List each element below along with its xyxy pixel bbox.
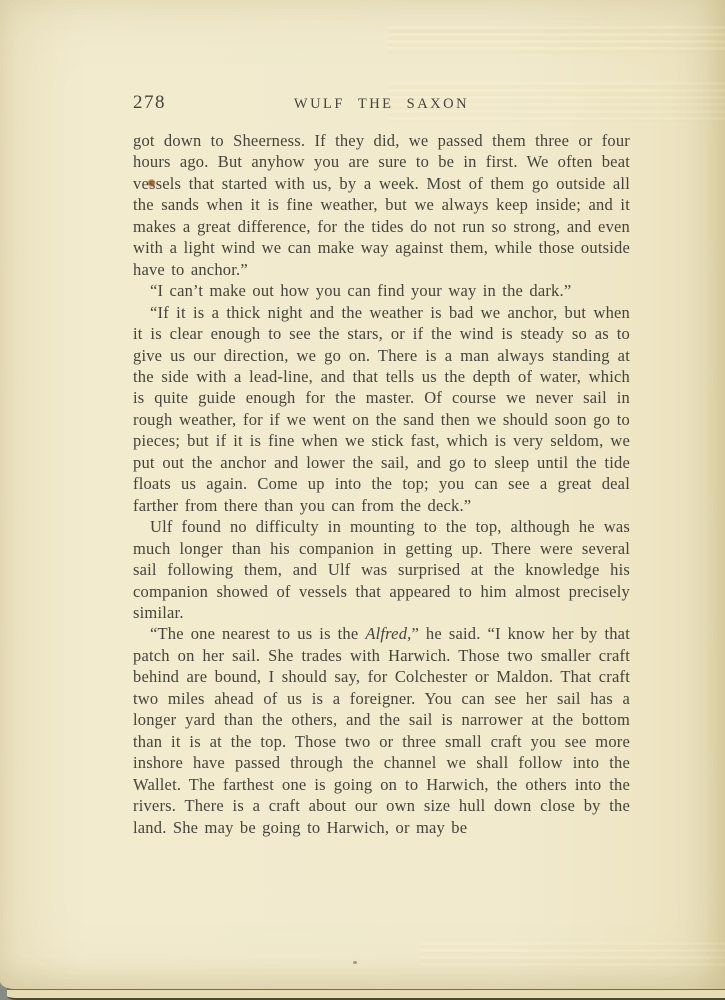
paragraph: got down to Sheerness. If they did, we p…: [133, 130, 630, 280]
text-segment: ” he said. “I know her by that patch on …: [133, 624, 630, 836]
ship-name-italic: Alfred,: [365, 624, 411, 643]
paragraph: Ulf found no difficulty in mounting to t…: [133, 516, 630, 623]
text-segment: Ulf found no difficulty in mounting to t…: [133, 517, 630, 622]
running-header: WULF THE SAXON: [133, 96, 630, 113]
text-segment: “I can’t make out how you can find your …: [150, 281, 571, 300]
page-header: 278 WULF THE SAXON: [133, 92, 630, 116]
scan-background: 278 WULF THE SAXON got down to Sheerness…: [0, 0, 725, 1000]
scan-streak: [388, 26, 725, 54]
text-segment: “The one nearest to us is the: [150, 624, 365, 643]
text-segment: “If it is a thick night and the weather …: [133, 303, 630, 515]
book-gutter-edge: [0, 0, 18, 989]
page-bottom-edge: [7, 988, 725, 1000]
dust-speck: [353, 961, 357, 964]
text-block: got down to Sheerness. If they did, we p…: [133, 130, 630, 838]
paragraph: “I can’t make out how you can find your …: [133, 280, 630, 301]
paragraph: “If it is a thick night and the weather …: [133, 302, 630, 517]
text-segment: got down to Sheerness. If they did, we p…: [133, 131, 630, 279]
book-page: 278 WULF THE SAXON got down to Sheerness…: [0, 0, 725, 989]
paragraph: “The one nearest to us is the Alfred,” h…: [133, 623, 630, 838]
scan-streak: [420, 942, 725, 968]
ink-stain: [147, 179, 156, 187]
